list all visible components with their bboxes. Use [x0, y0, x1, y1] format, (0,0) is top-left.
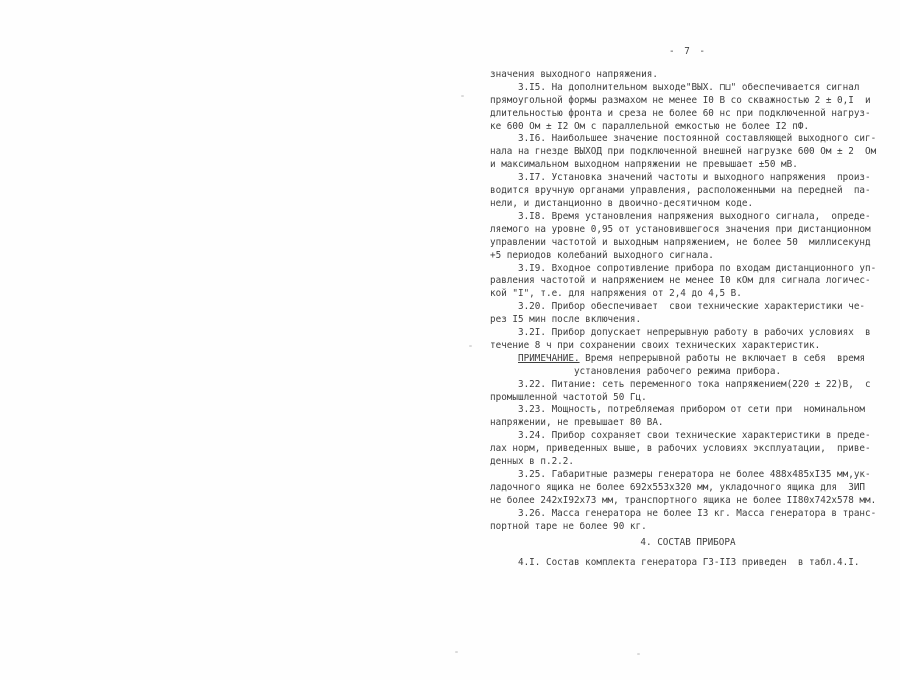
paragraph-3-17: 3.I7. Установка значений частоты и выход…: [490, 172, 886, 211]
paragraph-note: ПРИМЕЧАНИЕ. Время непрерывной работы не …: [490, 353, 886, 379]
paragraph-3-15: 3.I5. На дополнительном выходе"ВЫХ. ⊓⊔" …: [490, 82, 886, 134]
paragraph-3-20: 3.20. Прибор обеспечивает свои техническ…: [490, 301, 886, 327]
scan-speck: [461, 95, 464, 97]
page-number: - 7 -: [490, 46, 886, 59]
paragraph-3-21: 3.2I. Прибор допускает непрерывную работ…: [490, 327, 886, 353]
paragraph-4-1: 4.I. Состав комплекта генератора ГЗ-IIЗ …: [490, 557, 886, 570]
paragraph-3-22: 3.22. Питание: сеть переменного тока нап…: [490, 379, 886, 405]
right-page: - 7 - значения выходного напряжения. 3.I…: [490, 46, 886, 570]
paragraph-3-16: 3.I6. Наибольшее значение постоянной сос…: [490, 133, 886, 172]
paragraph-3-18: 3.I8. Время установления напряжения выхо…: [490, 211, 886, 263]
paragraph-3-19: 3.I9. Входное сопротивление прибора по в…: [490, 263, 886, 302]
note-label: ПРИМЕЧАНИЕ.: [518, 353, 580, 364]
note-indent: [490, 353, 518, 364]
scan-speck: [469, 345, 472, 347]
paragraph-3-24: 3.24. Прибор сохраняет свои технические …: [490, 430, 886, 469]
section-heading: 4. СОСТАВ ПРИБОРА: [490, 537, 886, 550]
paragraph-3-23: 3.23. Мощность, потребляемая прибором от…: [490, 404, 886, 430]
paragraph-3-26: 3.26. Масса генератора не более I3 кг. М…: [490, 508, 886, 534]
scan-speck: [637, 653, 640, 655]
scan-speck: [455, 651, 458, 653]
paragraph-3-25: 3.25. Габаритные размеры генератора не б…: [490, 469, 886, 508]
paragraph-continuation: значения выходного напряжения.: [490, 69, 886, 82]
scanned-page-spread: - 7 - значения выходного напряжения. 3.I…: [0, 0, 900, 680]
left-page-blank: [0, 0, 455, 680]
